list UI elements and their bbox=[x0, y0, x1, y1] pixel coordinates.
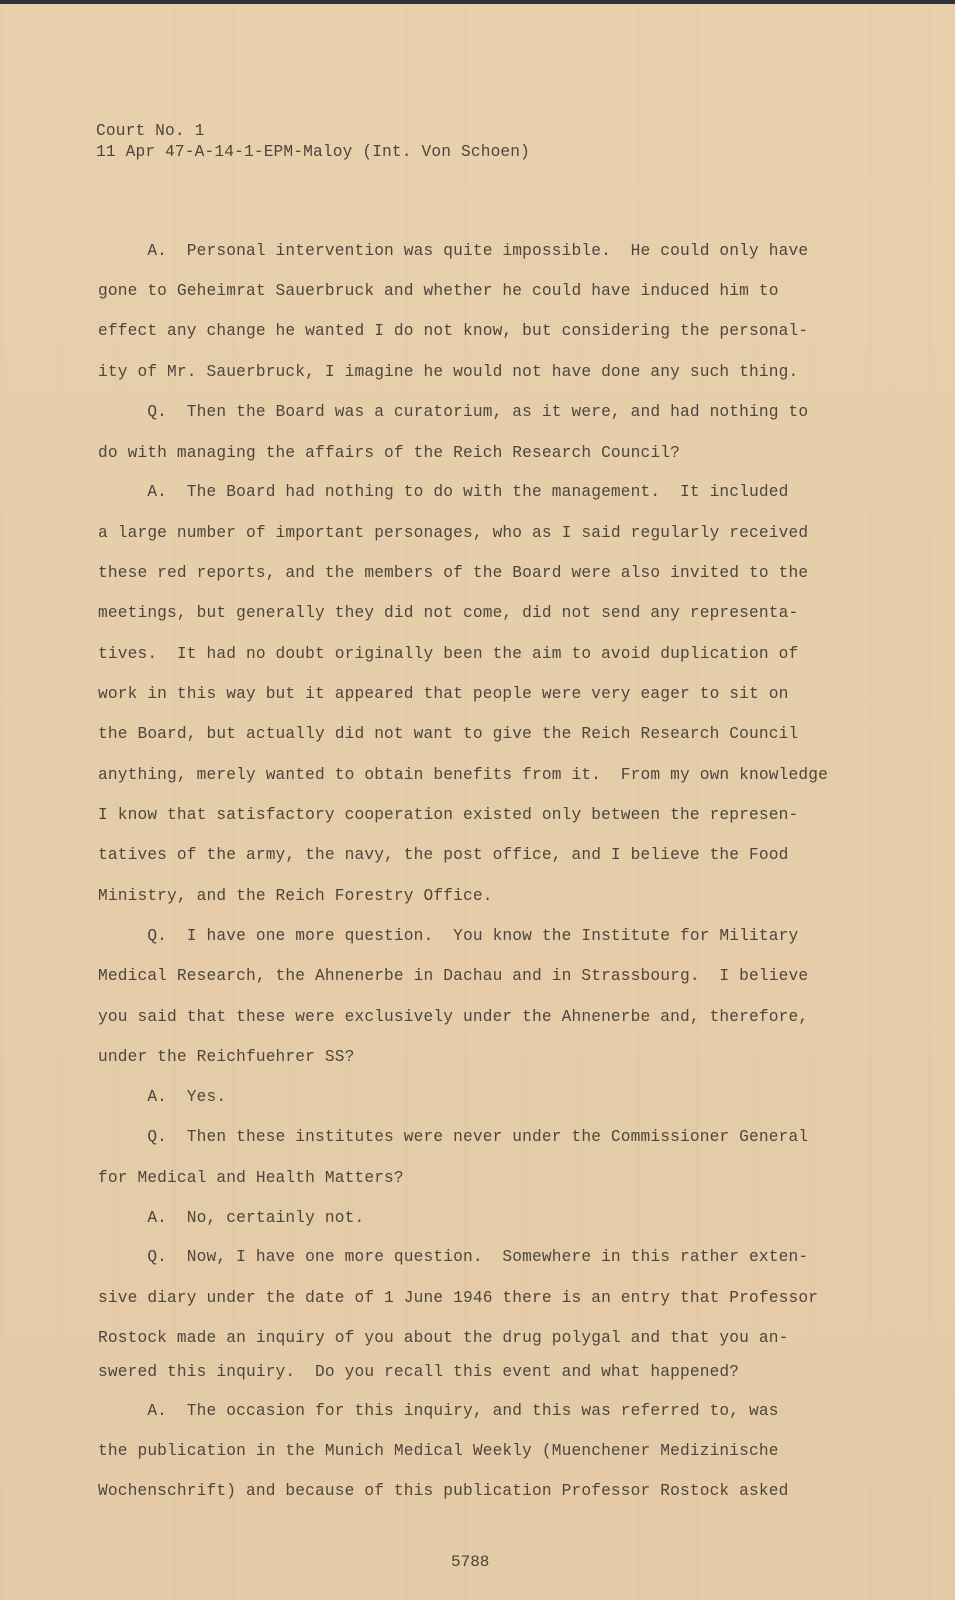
transcript-line: I know that satisfactory cooperation exi… bbox=[98, 806, 798, 824]
transcript-line: these red reports, and the members of th… bbox=[98, 564, 808, 582]
transcript-reference: 11 Apr 47-A-14-1-EPM-Maloy (Int. Von Sch… bbox=[96, 143, 530, 161]
transcript-line: A. Personal intervention was quite impos… bbox=[98, 242, 808, 260]
transcript-line: Q. I have one more question. You know th… bbox=[98, 927, 798, 945]
transcript-line: swered this inquiry. Do you recall this … bbox=[98, 1363, 739, 1381]
court-header: Court No. 1 bbox=[96, 122, 205, 140]
transcript-line: meetings, but generally they did not com… bbox=[98, 604, 798, 622]
transcript-line: Rostock made an inquiry of you about the… bbox=[98, 1329, 789, 1347]
transcript-line: the Board, but actually did not want to … bbox=[98, 725, 798, 743]
transcript-line: A. Yes. bbox=[98, 1088, 226, 1106]
transcript-line: you said that these were exclusively und… bbox=[98, 1008, 808, 1026]
transcript-line: gone to Geheimrat Sauerbruck and whether… bbox=[98, 282, 779, 300]
page-number: 5788 bbox=[451, 1553, 489, 1571]
document-page: Court No. 1 11 Apr 47-A-14-1-EPM-Maloy (… bbox=[0, 4, 955, 1600]
transcript-line: tives. It had no doubt originally been t… bbox=[98, 645, 798, 663]
transcript-line: do with managing the affairs of the Reic… bbox=[98, 444, 680, 462]
transcript-line: anything, merely wanted to obtain benefi… bbox=[98, 766, 828, 784]
transcript-line: tatives of the army, the navy, the post … bbox=[98, 846, 789, 864]
transcript-line: effect any change he wanted I do not kno… bbox=[98, 322, 808, 340]
transcript-line: Wochenschrift) and because of this publi… bbox=[98, 1482, 789, 1500]
transcript-line: Q. Now, I have one more question. Somewh… bbox=[98, 1248, 808, 1266]
transcript-line: a large number of important personages, … bbox=[98, 524, 808, 542]
transcript-line: A. The occasion for this inquiry, and th… bbox=[98, 1402, 779, 1420]
transcript-line: the publication in the Munich Medical We… bbox=[98, 1442, 779, 1460]
transcript-line: A. No, certainly not. bbox=[98, 1209, 364, 1227]
transcript-line: Q. Then the Board was a curatorium, as i… bbox=[98, 403, 808, 421]
transcript-line: under the Reichfuehrer SS? bbox=[98, 1048, 354, 1066]
transcript-line: ity of Mr. Sauerbruck, I imagine he woul… bbox=[98, 363, 798, 381]
transcript-line: for Medical and Health Matters? bbox=[98, 1169, 404, 1187]
transcript-line: Ministry, and the Reich Forestry Office. bbox=[98, 887, 493, 905]
transcript-line: A. The Board had nothing to do with the … bbox=[98, 483, 789, 501]
transcript-line: Medical Research, the Ahnenerbe in Dacha… bbox=[98, 967, 808, 985]
transcript-line: sive diary under the date of 1 June 1946… bbox=[98, 1289, 818, 1307]
transcript-line: work in this way but it appeared that pe… bbox=[98, 685, 789, 703]
transcript-line: Q. Then these institutes were never unde… bbox=[98, 1128, 808, 1146]
